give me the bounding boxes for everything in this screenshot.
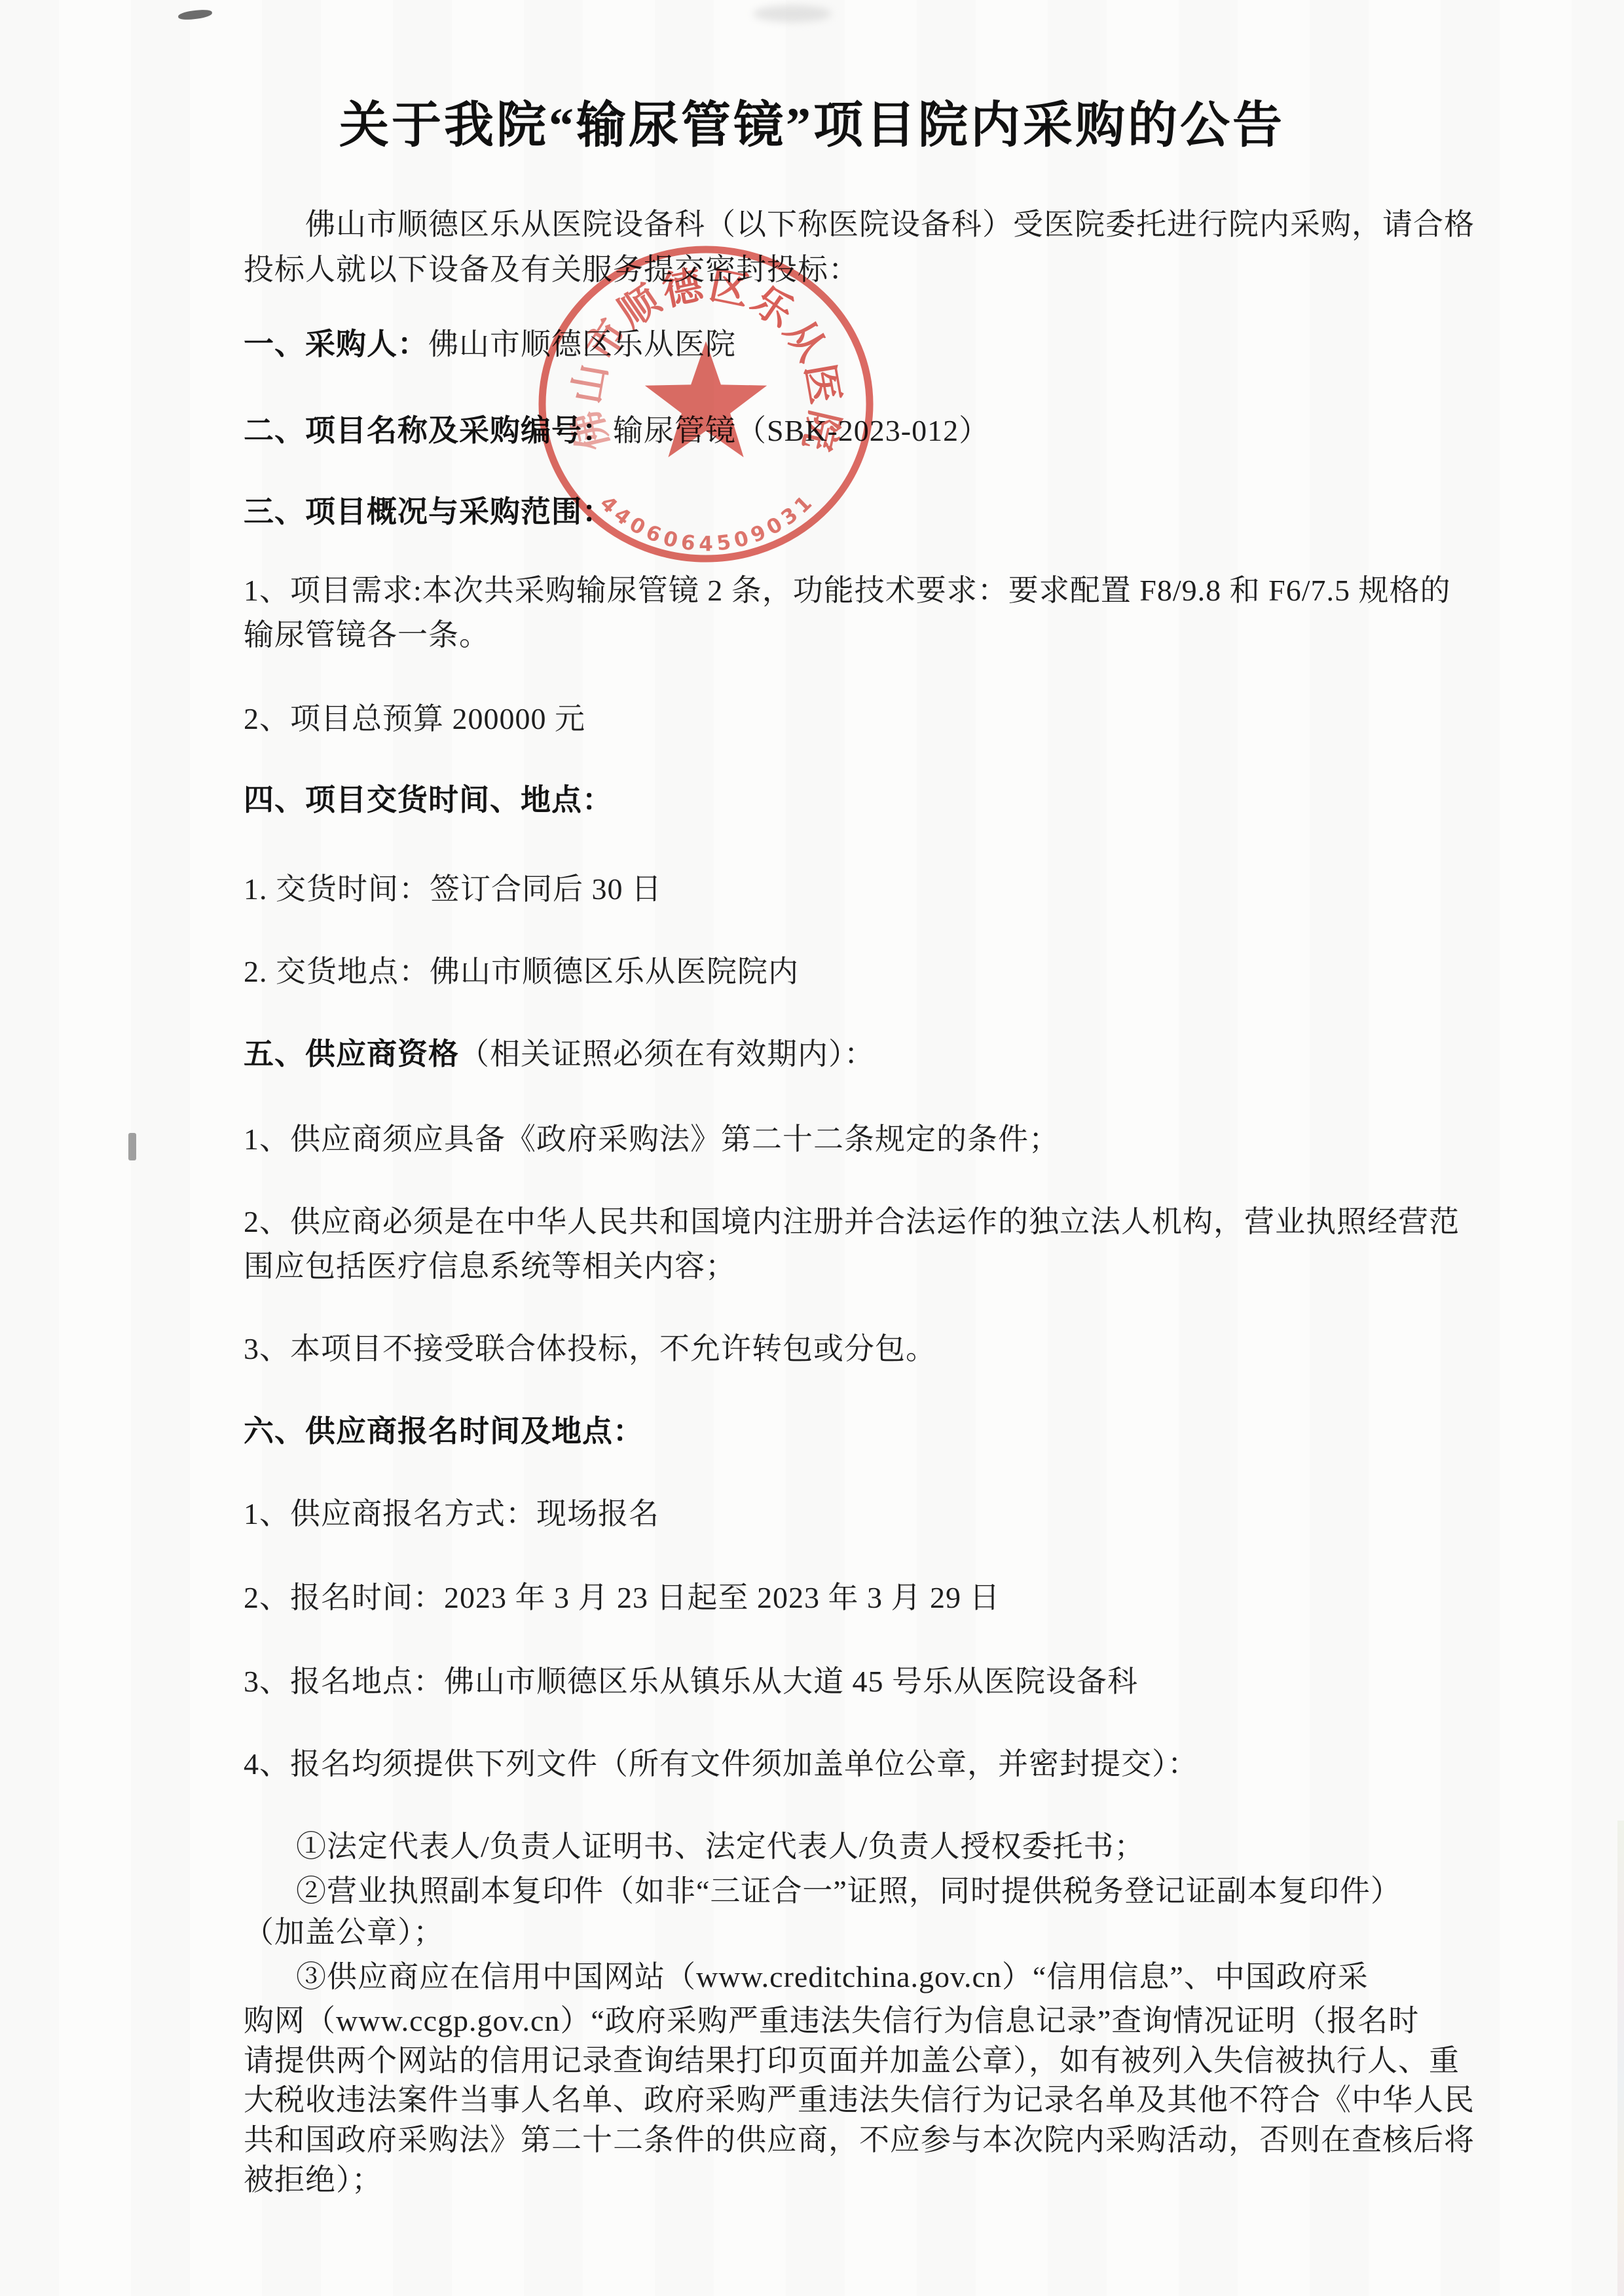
section-4-item-2-delivery-place: 2. 交货地点：佛山市顺德区乐从医院院内 — [244, 952, 799, 991]
section-1-purchaser: 一、采购人：佛山市顺德区乐从医院 — [244, 325, 736, 364]
scan-artifact-right-edge-noise — [1617, 1821, 1624, 2296]
section-1-value: 佛山市顺德区乐从医院 — [428, 327, 736, 361]
scan-artifact-top-mark — [177, 9, 212, 21]
section-6-heading: 六、供应商报名时间及地点： — [244, 1412, 644, 1451]
section-5-item-2-line-1: 2、供应商必须是在中华人民共和国境内注册并合法运作的独立法人机构，营业执照经营范 — [244, 1202, 1460, 1242]
section-6-item-2-dates: 2、报名时间：2023 年 3 月 23 日起至 2023 年 3 月 29 日 — [244, 1578, 1001, 1618]
page-title: 关于我院“输尿管镜”项目院内采购的公告 — [0, 96, 1624, 155]
svg-text:3: 3 — [777, 503, 802, 530]
seal-serial-number: 4406064509031 — [595, 491, 817, 556]
svg-text:0: 0 — [731, 527, 751, 553]
svg-text:9: 9 — [747, 521, 769, 547]
section-2-project-name: 二、项目名称及采购编号：输尿管镜（SBK-2023-012） — [244, 411, 989, 451]
document-list-item-3-line-5: 共和国政府采购法》第二十二条件的供应商，不应参与本次院内采购活动，否则在查核后将 — [244, 2120, 1475, 2160]
svg-text:4: 4 — [699, 532, 713, 556]
document-list-item-3-line-2: 购网（www.ccgp.gov.cn）“政府采购严重违法失信行为信息记录”查询情… — [244, 2001, 1419, 2041]
section-5-heading: 五、供应商资格（相关证照必须在有效期内）： — [244, 1035, 875, 1074]
section-4-item-1-delivery-time: 1. 交货时间：签订合同后 30 日 — [244, 870, 662, 909]
svg-text:0: 0 — [661, 527, 680, 553]
document-list-item-3-line-3: 请提供两个网站的信用记录查询结果打印页面并加盖公章），如有被列入失信被执行人、重 — [244, 2041, 1460, 2081]
scan-artifact-left-mark — [128, 1133, 136, 1160]
svg-text:6: 6 — [642, 521, 664, 547]
section-5-note: （相关证照必须在有效期内）： — [459, 1037, 875, 1071]
scan-artifact-top-smudge — [753, 5, 832, 22]
section-6-item-4-documents: 4、报名均须提供下列文件（所有文件须加盖单位公章，并密封提交）： — [244, 1745, 1198, 1784]
svg-text:6: 6 — [680, 530, 697, 555]
section-2-label: 二、项目名称及采购编号： — [244, 414, 613, 447]
intro-line-2: 投标人就以下设备及有关服务提交密封投标： — [244, 250, 859, 289]
document-list-item-3-line-4: 大税收违法案件当事人名单、政府采购严重违法失信行为记录名单及其他不符合《中华人民 — [244, 2081, 1475, 2120]
svg-text:0: 0 — [763, 513, 786, 540]
section-6-item-3-address: 3、报名地点：佛山市顺德区乐从镇乐从大道 45 号乐从医院设备科 — [244, 1662, 1138, 1701]
svg-text:山: 山 — [565, 361, 614, 407]
section-5-item-3: 3、本项目不接受联合体投标，不允许转包或分包。 — [244, 1329, 936, 1369]
intro-line-1: 佛山市顺德区乐从医院设备科（以下称医院设备科）受医院委托进行院内采购，请合格 — [305, 205, 1475, 244]
section-3-item-1-line-2: 输尿管镜各一条。 — [244, 616, 490, 655]
svg-text:0: 0 — [625, 513, 649, 540]
section-5-item-2-line-2: 围应包括医疗信息系统等相关内容； — [244, 1247, 736, 1286]
svg-text:从: 从 — [776, 312, 834, 368]
section-3-item-2-budget: 2、项目总预算 200000 元 — [244, 699, 585, 739]
section-3-item-1-line-1: 1、项目需求:本次共采购输尿管镜 2 条，功能技术要求：要求配置 F8/9.8 … — [244, 571, 1451, 610]
document-list-item-1: ①法定代表人/负责人证明书、法定代表人/负责人授权委托书； — [296, 1827, 1145, 1866]
section-2-value: 输尿管镜（SBK-2023-012） — [613, 414, 989, 447]
section-3-heading: 三、项目概况与采购范围： — [244, 492, 613, 532]
document-list-item-2-line-2: （加盖公章）； — [244, 1913, 444, 1952]
document-list-item-3-line-1: ③供应商应在信用中国网站（www.creditchina.gov.cn）“信用信… — [296, 1957, 1369, 1997]
section-1-label: 一、采购人： — [244, 327, 428, 361]
document-list-item-2-line-1: ②营业执照副本复印件（如非“三证合一”证照，同时提供税务登记证副本复印件） — [296, 1872, 1401, 1911]
svg-text:4: 4 — [610, 503, 635, 530]
document-list-item-3-line-6: 被拒绝）； — [244, 2160, 382, 2200]
svg-text:1: 1 — [790, 491, 817, 518]
svg-text:5: 5 — [715, 530, 732, 555]
section-4-heading: 四、项目交货时间、地点： — [244, 781, 613, 820]
section-5-item-1: 1、供应商须应具备《政府采购法》第二十二条规定的条件； — [244, 1120, 1060, 1159]
scanned-document-page: 关于我院“输尿管镜”项目院内采购的公告 佛山市顺德区乐从医院设备科（以下称医院设… — [0, 0, 1624, 2296]
svg-text:医: 医 — [798, 361, 847, 407]
section-6-item-1-method: 1、供应商报名方式：现场报名 — [244, 1494, 659, 1534]
section-5-label: 五、供应商资格 — [244, 1037, 459, 1071]
